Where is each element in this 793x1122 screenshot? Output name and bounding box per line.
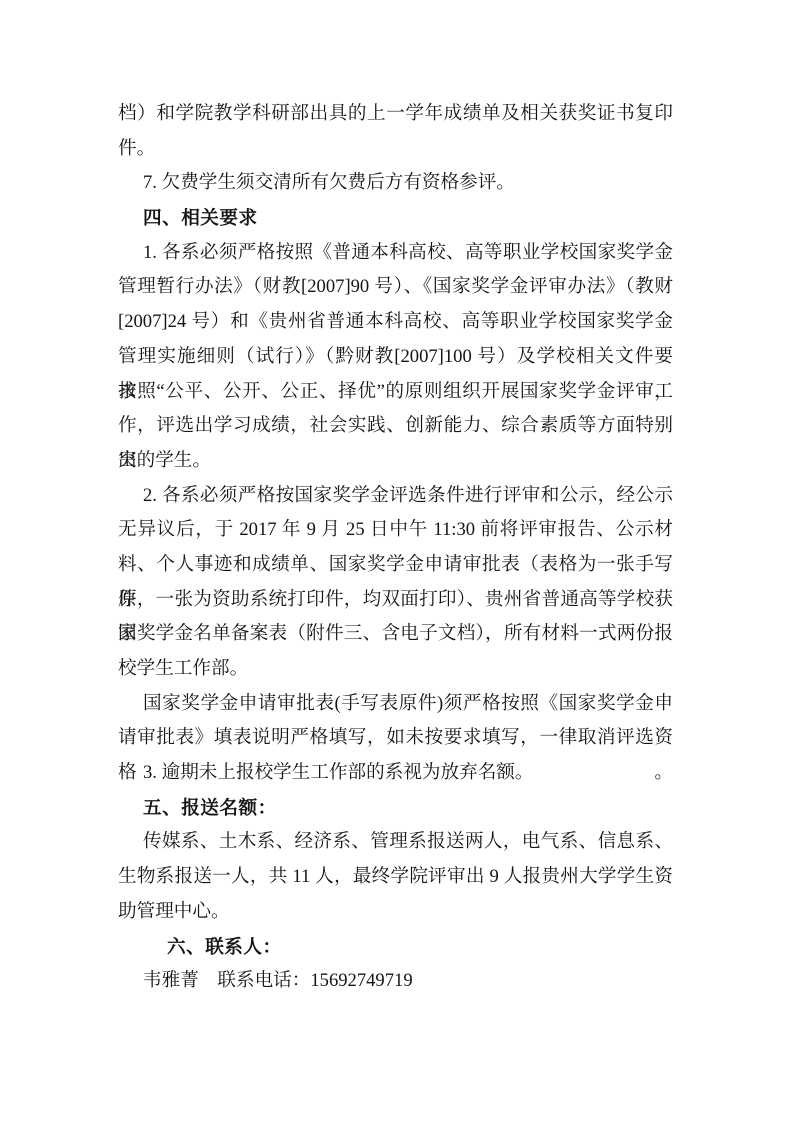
section-heading-6: 六、联系人： <box>118 930 673 965</box>
contact-line: 韦雅菁 联系电话：15692749719 <box>118 964 673 999</box>
text-line: 料、个人事迹和成绩单、国家奖学金申请审批表（表格为一张手写原 <box>118 548 673 583</box>
document-page: 档）和学院教学科研部出具的上一学年成绩单及相关获奖证书复印件。7. 欠费学生须交… <box>0 0 793 1122</box>
text-line: [2007]24 号）和《贵州省普通本科高校、高等职业学校国家奖学金 <box>118 305 673 340</box>
list-item-2: 2. 各系必须严格按国家奖学金评选条件进行评审和公示，经公示 <box>118 479 673 514</box>
text-line: 无异议后，于 2017 年 9 月 25 日中午 11:30 前将评审报告、公示… <box>118 513 673 548</box>
section-heading-4: 四、相关要求 <box>118 201 673 236</box>
text-line: 件，一张为资助系统打印件，均双面打印）、贵州省普通高等学校获国 <box>118 583 673 618</box>
list-item-7: 7. 欠费学生须交清所有欠费后方有资格参评。 <box>118 166 673 201</box>
text-line: 请审批表》填表说明严格填写，如未按要求填写，一律取消评选资格。 <box>118 721 673 756</box>
text-line: 管理实施细则（试行）》（黔财教[2007]100 号）及学校相关文件要求， <box>118 340 673 375</box>
text-line: 按照“公平、公开、公正、择优”的原则组织开展国家奖学金评审工 <box>118 375 673 410</box>
document-content: 档）和学院教学科研部出具的上一学年成绩单及相关获奖证书复印件。7. 欠费学生须交… <box>118 97 673 999</box>
text-line: 传媒系、土木系、经济系、管理系报送两人，电气系、信息系、 <box>118 825 673 860</box>
text-line: 家奖学金名单备案表（附件三、含电子文档），所有材料一式两份报 <box>118 617 673 652</box>
text-line: 管理暂行办法》（财教[2007]90 号）、《国家奖学金评审办法》（教财 <box>118 270 673 305</box>
section-heading-5: 五、报送名额： <box>118 791 673 826</box>
text-line: 档）和学院教学科研部出具的上一学年成绩单及相关获奖证书复印 <box>118 97 673 132</box>
text-line: 校学生工作部。 <box>118 652 673 687</box>
text-line: 国家奖学金申请审批表(手写表原件)须严格按照《国家奖学金申 <box>118 687 673 722</box>
list-item-1: 1. 各系必须严格按照《普通本科高校、高等职业学校国家奖学金 <box>118 236 673 271</box>
text-line: 助管理中心。 <box>118 895 673 930</box>
text-line: 件。 <box>118 132 673 167</box>
text-line: 出的学生。 <box>118 444 673 479</box>
text-line: 作，评选出学习成绩，社会实践、创新能力、综合素质等方面特别突 <box>118 409 673 444</box>
text-line: 生物系报送一人，共 11 人，最终学院评审出 9 人报贵州大学学生资 <box>118 860 673 895</box>
